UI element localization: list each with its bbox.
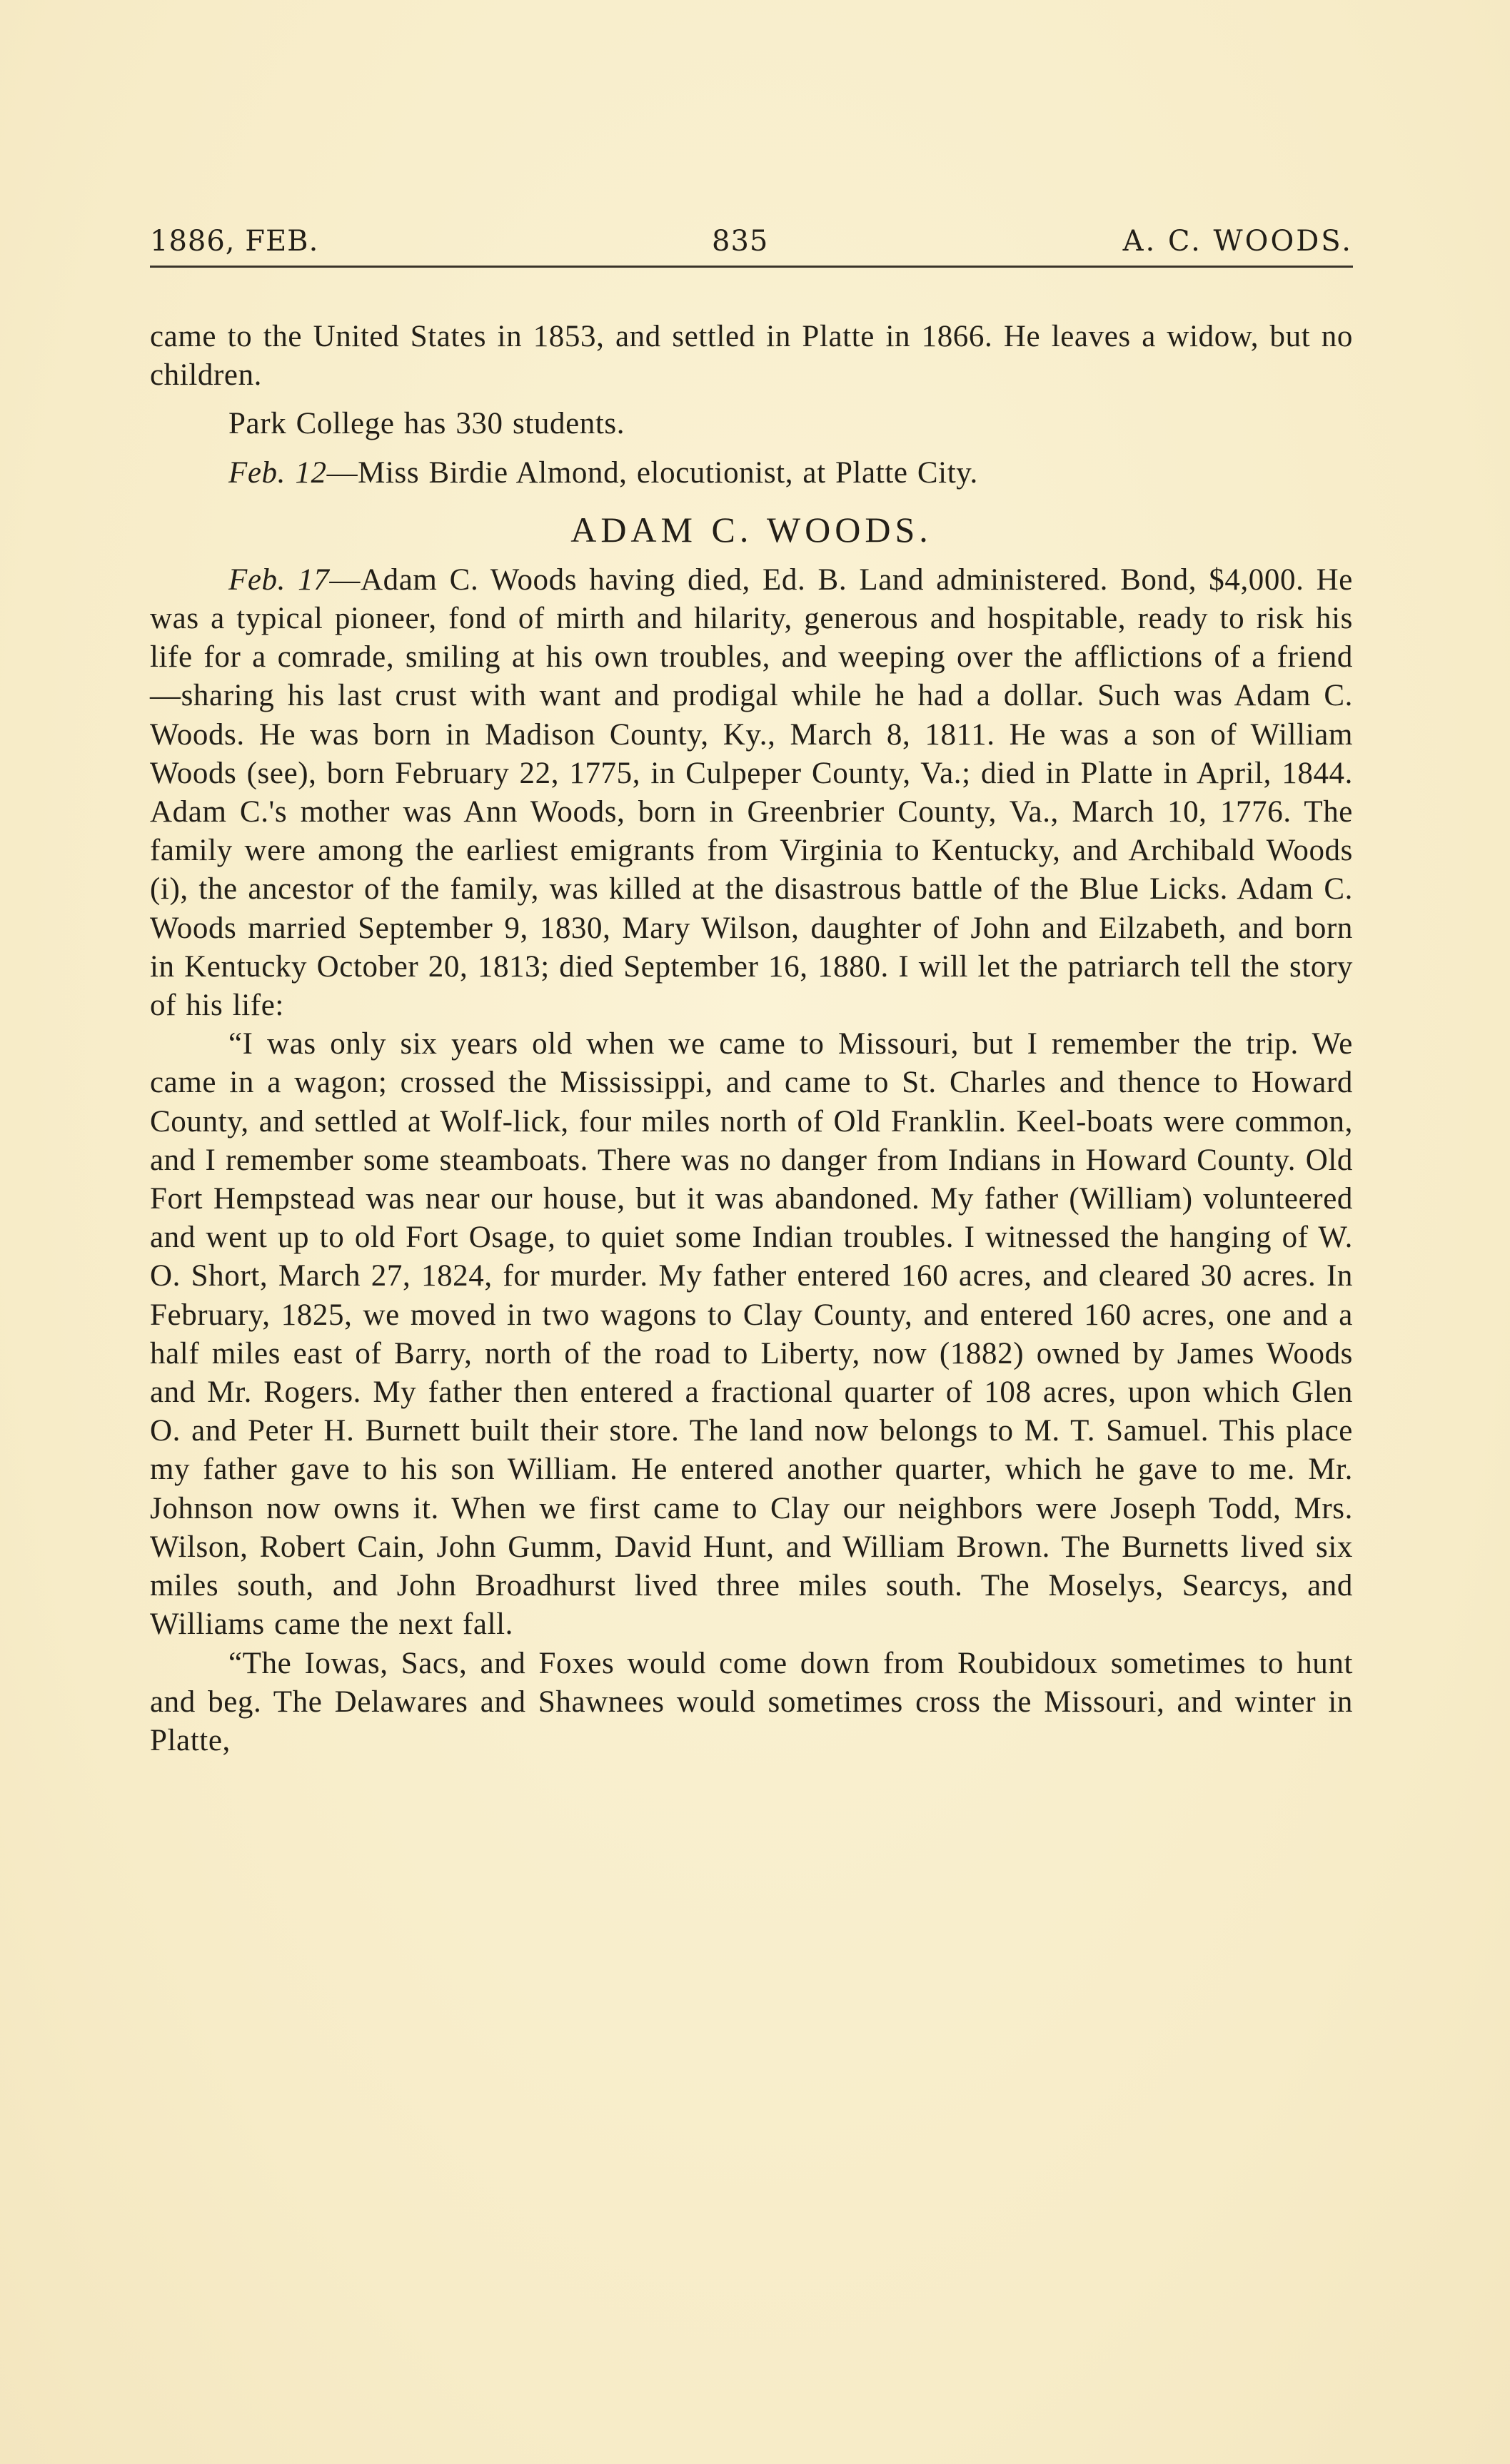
feb17-paragraph: Feb. 17—Adam C. Woods having died, Ed. B… xyxy=(150,561,1353,1025)
page-number: 835 xyxy=(712,220,768,263)
feb17-date: Feb. 17 xyxy=(228,563,329,597)
feb12-paragraph: Feb. 12—Miss Birdie Almond, elocutionist… xyxy=(150,454,1353,493)
running-head: 1886, FEB. 835 A. C. WOODS. xyxy=(150,214,1353,257)
quote-paragraph-1: “I was only six years old when we came t… xyxy=(150,1025,1353,1644)
running-head-date: 1886, FEB. xyxy=(150,220,318,263)
feb12-date: Feb. 12 xyxy=(228,456,327,490)
running-head-subject: A. C. WOODS. xyxy=(1123,220,1353,263)
feb12-text: —Miss Birdie Almond, elocutionist, at Pl… xyxy=(327,456,978,490)
page-body: came to the United States in 1853, and s… xyxy=(150,318,1353,1760)
park-college-paragraph: Park College has 330 students. xyxy=(150,405,1353,443)
continuation-paragraph: came to the United States in 1853, and s… xyxy=(150,318,1353,395)
header-rule xyxy=(150,266,1353,268)
quote-paragraph-2: “The Iowas, Sacs, and Foxes would come d… xyxy=(150,1645,1353,1761)
feb17-text: —Adam C. Woods having died, Ed. B. Land … xyxy=(150,563,1353,1022)
section-title: ADAM C. WOODS. xyxy=(150,508,1353,551)
book-page: 1886, FEB. 835 A. C. WOODS. came to the … xyxy=(150,214,1353,1760)
